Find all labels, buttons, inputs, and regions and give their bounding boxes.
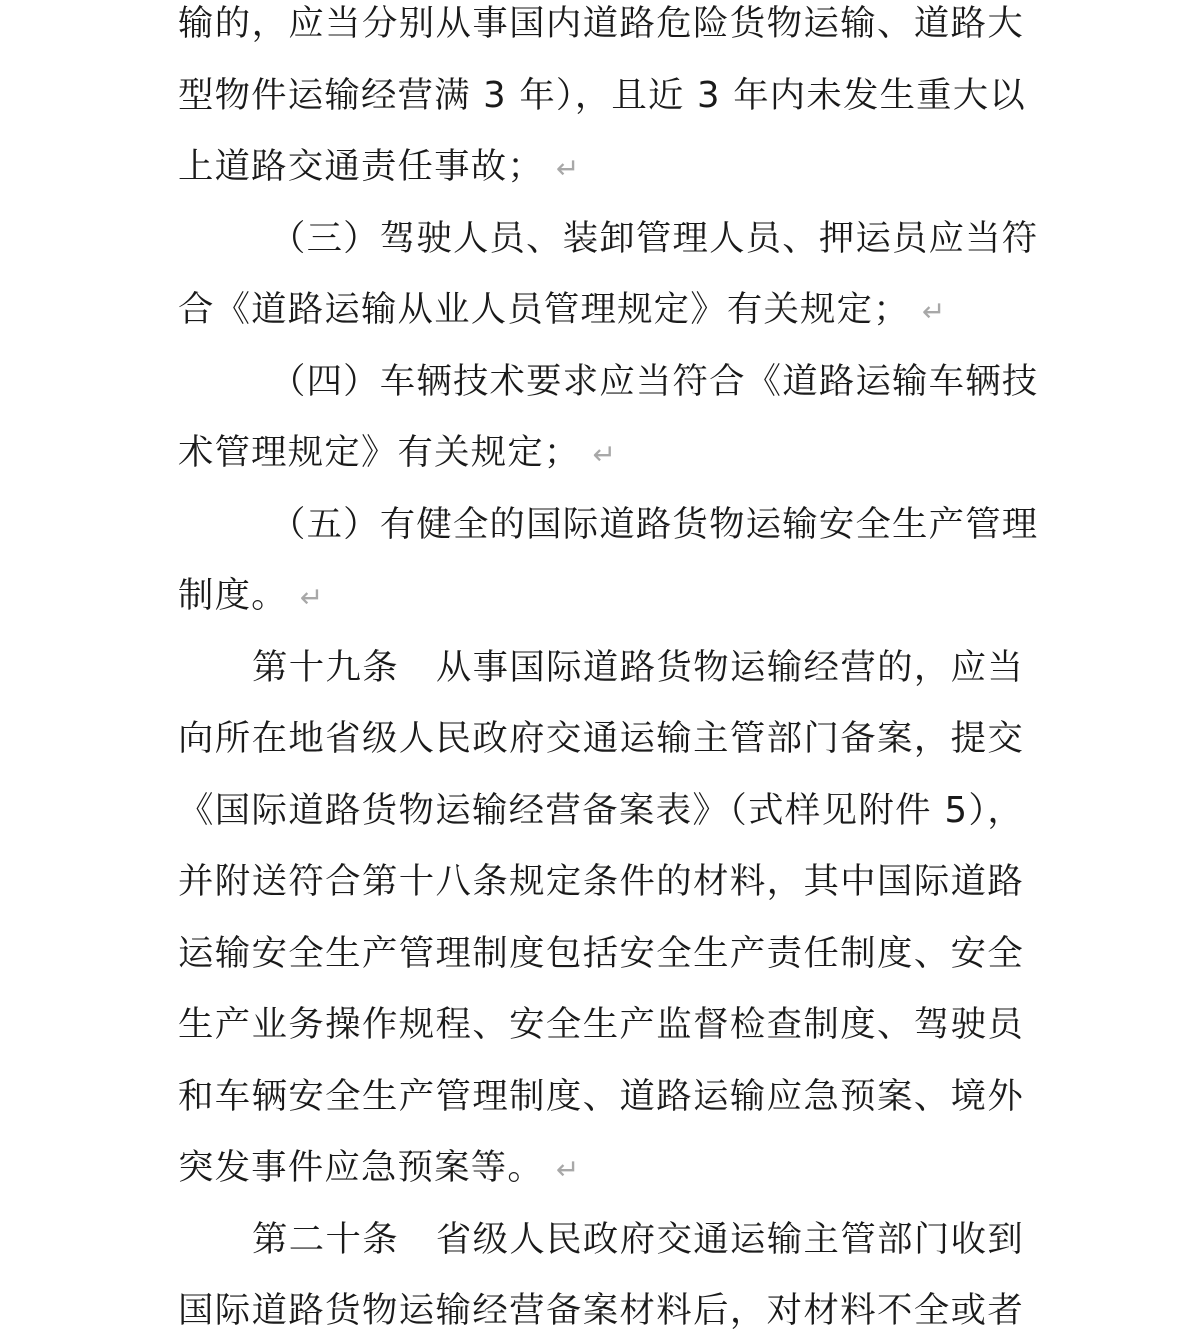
line-text: 《国际道路货物运输经营备案表》（式样见附件 5）， xyxy=(178,790,1024,831)
line-text: 向所在地省级人民政府交通运输主管部门备案，提交 xyxy=(178,718,1024,759)
text-line: 第二十条 省级人民政府交通运输主管部门收到 xyxy=(252,1210,1024,1270)
text-line: 输的，应当分别从事国内道路危险货物运输、道路大 xyxy=(178,0,1024,54)
line-text: 第十九条 从事国际道路货物运输经营的，应当 xyxy=(252,647,1024,688)
line-text: 制度。 xyxy=(178,575,288,616)
line-text: 运输安全生产管理制度包括安全生产责任制度、安全 xyxy=(178,933,1024,974)
line-text: （四）车辆技术要求应当符合《道路运输车辆技 xyxy=(270,361,1038,402)
text-line: 合《道路运输从业人员管理规定》有关规定；↵ xyxy=(178,280,945,340)
text-line: 向所在地省级人民政府交通运输主管部门备案，提交 xyxy=(178,709,1024,769)
line-text: 第二十条 省级人民政府交通运输主管部门收到 xyxy=(252,1219,1024,1260)
line-text: 生产业务操作规程、安全生产监督检查制度、驾驶员 xyxy=(178,1004,1024,1045)
text-line: 生产业务操作规程、安全生产监督检查制度、驾驶员 xyxy=(178,995,1024,1055)
line-text: 和车辆安全生产管理制度、道路运输应急预案、境外 xyxy=(178,1076,1024,1117)
paragraph-mark-icon: ↵ xyxy=(922,295,945,328)
paragraph-mark-icon: ↵ xyxy=(556,1153,579,1186)
line-text: 上道路交通责任事故； xyxy=(178,146,544,187)
text-line: （四）车辆技术要求应当符合《道路运输车辆技 xyxy=(270,352,1024,412)
line-text: 突发事件应急预案等。 xyxy=(178,1147,544,1188)
text-line: 国际道路货物运输经营备案材料后，对材料不全或者 xyxy=(178,1281,1024,1341)
text-line: 突发事件应急预案等。↵ xyxy=(178,1138,579,1198)
text-line: 和车辆安全生产管理制度、道路运输应急预案、境外 xyxy=(178,1067,1024,1127)
text-line: 并附送符合第十八条规定条件的材料，其中国际道路 xyxy=(178,852,1024,912)
line-text: 国际道路货物运输经营备案材料后，对材料不全或者 xyxy=(178,1290,1024,1331)
text-line: 运输安全生产管理制度包括安全生产责任制度、安全 xyxy=(178,924,1024,984)
text-line: 制度。↵ xyxy=(178,566,323,626)
text-line: （三）驾驶人员、装卸管理人员、押运员应当符 xyxy=(270,209,1024,269)
line-text: 术管理规定》有关规定； xyxy=(178,432,581,473)
line-text: 并附送符合第十八条规定条件的材料，其中国际道路 xyxy=(178,861,1024,902)
line-text: 合《道路运输从业人员管理规定》有关规定； xyxy=(178,289,910,330)
text-line: 术管理规定》有关规定；↵ xyxy=(178,423,616,483)
paragraph-mark-icon: ↵ xyxy=(300,581,323,614)
text-line: 《国际道路货物运输经营备案表》（式样见附件 5）， xyxy=(178,781,1024,841)
text-line: 上道路交通责任事故；↵ xyxy=(178,137,579,197)
line-text: 输的，应当分别从事国内道路危险货物运输、道路大 xyxy=(178,3,1024,44)
line-text: （五）有健全的国际道路货物运输安全生产管理 xyxy=(270,504,1038,545)
text-line: （五）有健全的国际道路货物运输安全生产管理 xyxy=(270,495,1024,555)
line-text: （三）驾驶人员、装卸管理人员、押运员应当符 xyxy=(270,218,1038,259)
line-text: 型物件运输经营满 3 年），且近 3 年内未发生重大以 xyxy=(178,75,1026,116)
text-line: 第十九条 从事国际道路货物运输经营的，应当 xyxy=(252,638,1024,698)
paragraph-mark-icon: ↵ xyxy=(593,438,616,471)
paragraph-mark-icon: ↵ xyxy=(556,152,579,185)
text-line: 型物件运输经营满 3 年），且近 3 年内未发生重大以 xyxy=(178,66,1024,126)
